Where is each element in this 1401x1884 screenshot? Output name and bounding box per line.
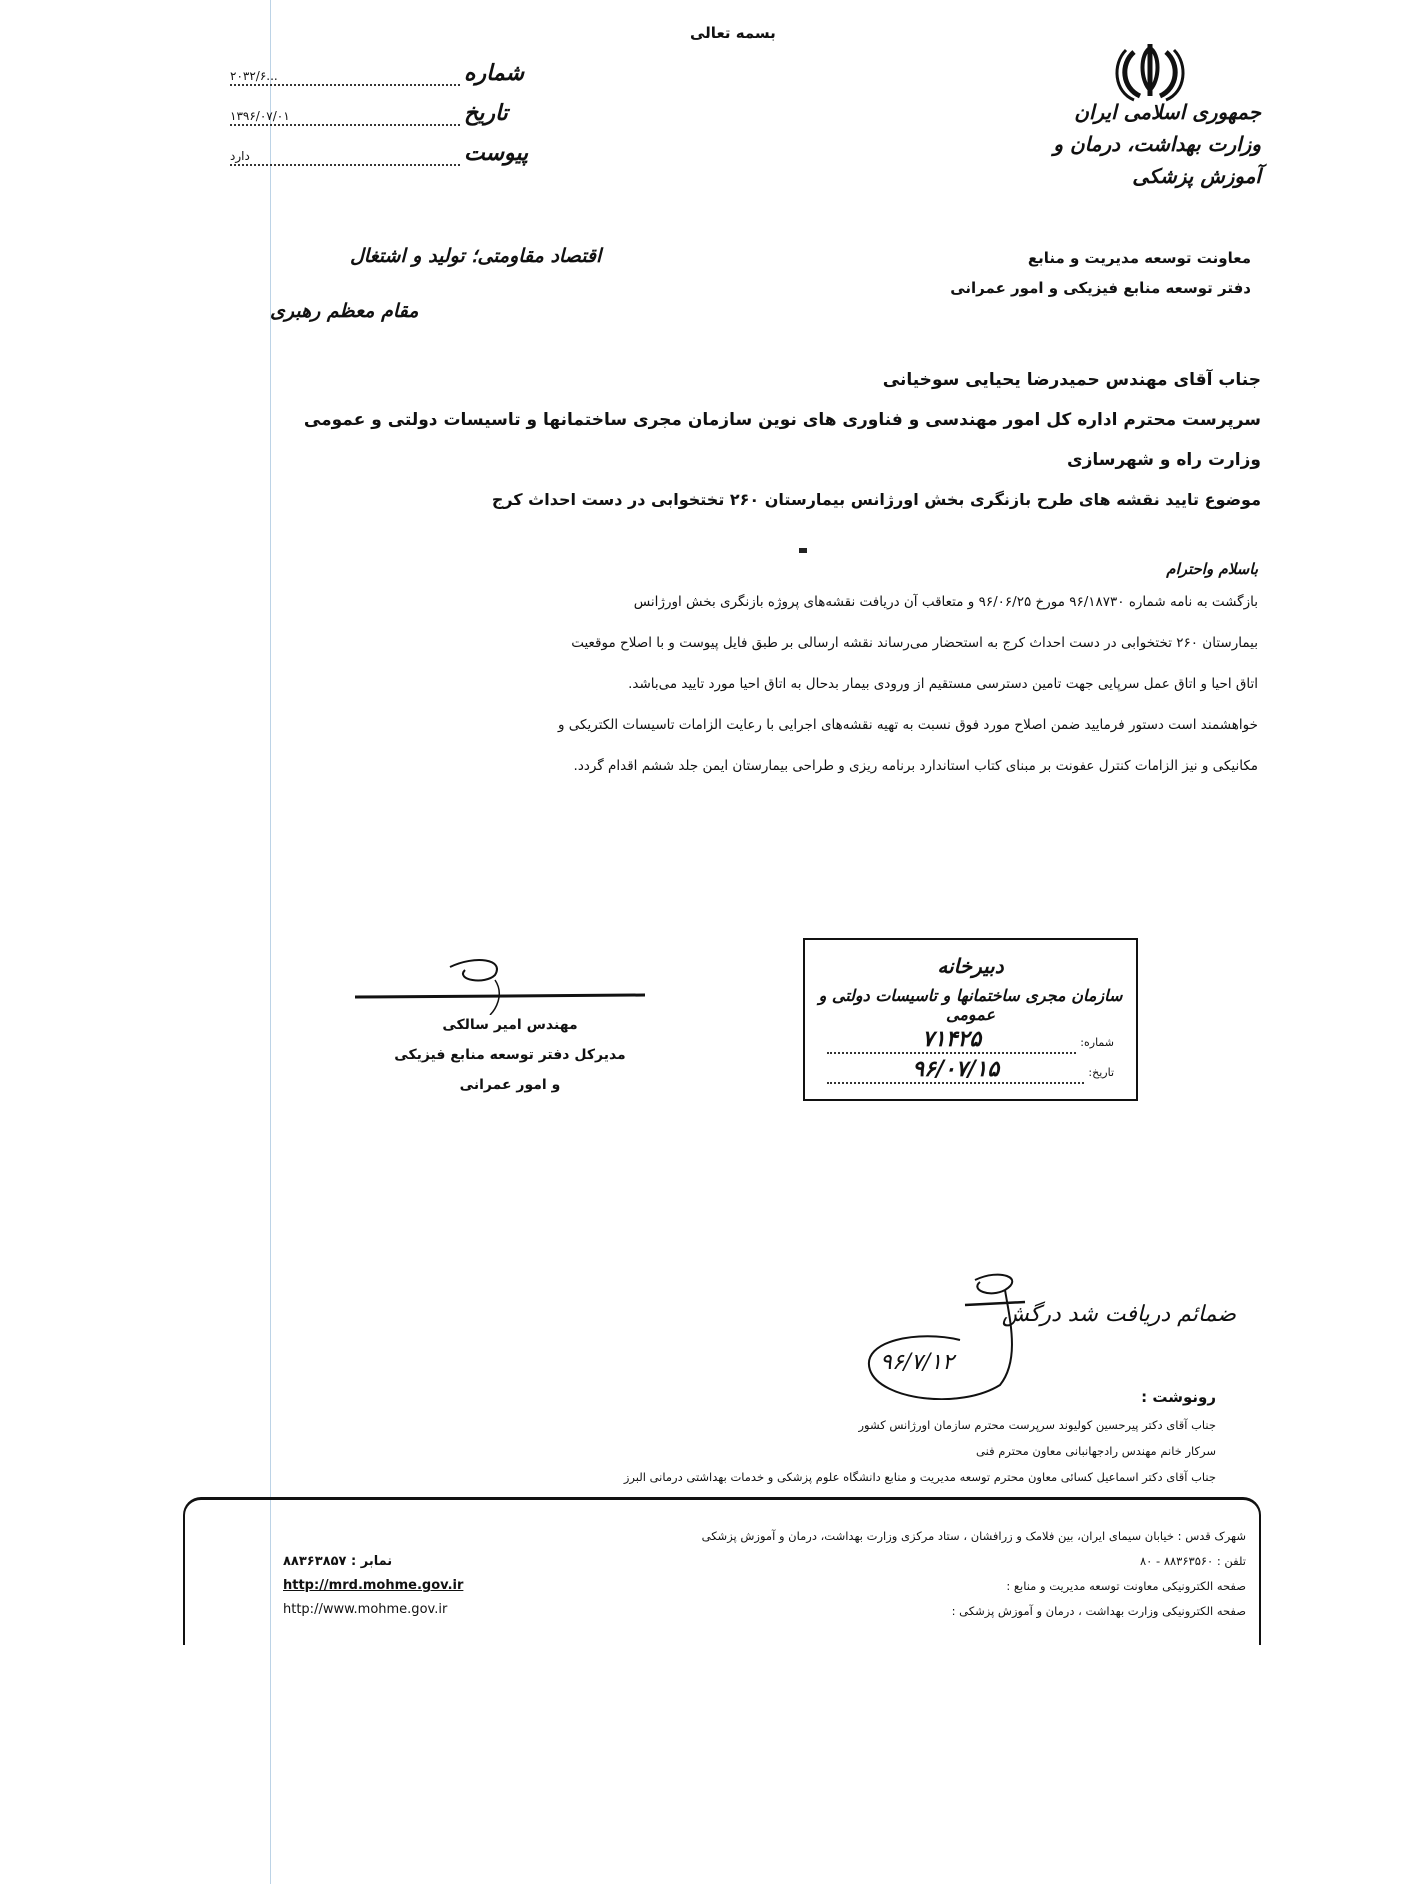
signer-title: مدیرکل دفتر توسعه منابع فیزیکی bbox=[360, 1040, 660, 1070]
cc-item: جناب آقای دکتر اسماعیل کسائی معاون محترم… bbox=[256, 1464, 1216, 1490]
stamp-title: دبیرخانه bbox=[805, 954, 1136, 978]
link-mohme[interactable]: http://www.mohme.gov.ir bbox=[283, 1602, 447, 1617]
scan-mark bbox=[799, 548, 807, 553]
body-line: اتاق احیا و اتاق عمل سرپایی جهت تامین دس… bbox=[258, 664, 1258, 705]
logo-line-republic: جمهوری اسلامی ایران bbox=[1021, 96, 1261, 128]
bismillah-heading: بسمه تعالی bbox=[690, 24, 776, 42]
department-office: دفتر توسعه منابع فیزیکی و امور عمرانی bbox=[950, 273, 1251, 303]
cc-item: سرکار خانم مهندس رادجهانبانی معاون محترم… bbox=[256, 1438, 1216, 1464]
stamp-organization: سازمان مجری ساختمانها و تاسیسات دولتی و … bbox=[805, 986, 1136, 1024]
meta-attachment-row: پیوست دارد bbox=[230, 140, 560, 180]
meta-number-value: ۲۰۳۲/۶... bbox=[230, 69, 460, 86]
addressee-title: سرپرست محترم اداره کل امور مهندسی و فناو… bbox=[281, 400, 1261, 440]
iran-emblem-icon bbox=[1110, 40, 1190, 102]
handwritten-slogan: اقتصاد مقاومتی؛ تولید و اشتغال bbox=[350, 245, 601, 267]
logo-line-ministry: وزارت بهداشت، درمان و آموزش پزشکی bbox=[1021, 128, 1261, 192]
cc-item: جناب آقای دکتر پیرحسین کولیوند سرپرست مح… bbox=[256, 1412, 1216, 1438]
body-line: بازگشت به نامه شماره ۹۶/۱۸۷۳۰ مورخ ۹۶/۰۶… bbox=[258, 582, 1258, 623]
cc-list: جناب آقای دکتر پیرحسین کولیوند سرپرست مح… bbox=[256, 1412, 1216, 1490]
letter-meta: شماره ۲۰۳۲/۶... تاریخ ۱۳۹۶/۰۷/۰۱ پیوست د… bbox=[230, 60, 560, 180]
received-note: ضمائم دریافت شد درگش bbox=[1002, 1302, 1236, 1327]
phone-value: ۸۸۳۶۳۵۶۰ - ۸۰ bbox=[1140, 1554, 1213, 1568]
meta-date-row: تاریخ ۱۳۹۶/۰۷/۰۱ bbox=[230, 100, 560, 140]
meta-date-label: تاریخ bbox=[464, 100, 508, 126]
meta-number-label: شماره bbox=[464, 60, 524, 86]
footer-phone: تلفن : ۸۸۳۶۳۵۶۰ - ۸۰ bbox=[486, 1549, 1246, 1574]
letter-subject: موضوع تایید نقشه های طرح بازنگری بخش اور… bbox=[281, 480, 1261, 520]
stamp-date-label: تاریخ: bbox=[1088, 1066, 1114, 1079]
fax-label: نمابر : bbox=[351, 1554, 392, 1569]
meta-attachment-label: پیوست bbox=[464, 140, 528, 166]
stamp-number-row: شماره: ۷۱۴۲۵ bbox=[805, 1026, 1136, 1054]
footer-fax: نمابر : ۸۸۳۶۳۸۵۷ bbox=[283, 1550, 463, 1574]
fax-value: ۸۸۳۶۳۸۵۷ bbox=[283, 1554, 346, 1569]
cc-title: رونوشت : bbox=[1141, 1388, 1216, 1406]
link-mrd[interactable]: http://mrd.mohme.gov.ir bbox=[283, 1578, 463, 1593]
phone-label: تلفن : bbox=[1217, 1554, 1246, 1568]
stamp-number-value: ۷۱۴۲۵ bbox=[827, 1026, 1076, 1054]
addressee-ministry: وزارت راه و شهرسازی bbox=[281, 440, 1261, 480]
signer-name: مهندس امیر سالکی bbox=[360, 1010, 660, 1040]
signature-scribble-icon bbox=[355, 955, 655, 1015]
signature-block: مهندس امیر سالکی مدیرکل دفتر توسعه منابع… bbox=[360, 1010, 660, 1100]
stamp-date-row: تاریخ: ۹۶/۰۷/۱۵ bbox=[805, 1056, 1136, 1084]
body-line: خواهشمند است دستور فرمایید ضمن اصلاح مور… bbox=[258, 705, 1258, 746]
greeting: باسلام واحترام bbox=[1166, 560, 1258, 578]
body-line: مکانیکی و نیز الزامات کنترل عفونت بر مبن… bbox=[258, 746, 1258, 787]
stamp-date-value: ۹۶/۰۷/۱۵ bbox=[827, 1056, 1084, 1084]
meta-number-row: شماره ۲۰۳۲/۶... bbox=[230, 60, 560, 100]
secretariat-stamp: دبیرخانه سازمان مجری ساختمانها و تاسیسات… bbox=[803, 938, 1138, 1101]
meta-date-value: ۱۳۹۶/۰۷/۰۱ bbox=[230, 109, 460, 126]
received-note-initials: درگش bbox=[1002, 1302, 1061, 1327]
body-line: بیمارستان ۲۶۰ تختخوابی در دست احداث کرج … bbox=[258, 623, 1258, 664]
ministry-logo: جمهوری اسلامی ایران وزارت بهداشت، درمان … bbox=[1021, 96, 1261, 192]
footer-web2-label: صفحه الکترونیکی وزارت بهداشت ، درمان و آ… bbox=[486, 1599, 1246, 1624]
footer-contact: شهرک قدس : خیابان سیمای ایران، بین فلامک… bbox=[486, 1524, 1246, 1624]
department-block: معاونت توسعه مدیریت و منابع دفتر توسعه م… bbox=[950, 243, 1251, 303]
footer-address: شهرک قدس : خیابان سیمای ایران، بین فلامک… bbox=[486, 1524, 1246, 1549]
received-signature-icon bbox=[860, 1260, 1220, 1400]
footer-web1-label: صفحه الکترونیکی معاونت توسعه مدیریت و من… bbox=[486, 1574, 1246, 1599]
handwritten-slogan-source: مقام معظم رهبری bbox=[270, 300, 418, 322]
stamp-number-label: شماره: bbox=[1080, 1036, 1114, 1049]
signer-title-2: و امور عمرانی bbox=[360, 1070, 660, 1100]
footer-links: نمابر : ۸۸۳۶۳۸۵۷ http://mrd.mohme.gov.ir… bbox=[283, 1550, 463, 1622]
addressee-block: جناب آقای مهندس حمیدرضا یحیایی سوخیانی س… bbox=[281, 360, 1261, 520]
meta-attachment-value: دارد bbox=[230, 149, 460, 166]
received-note-date: ۹۶/۷/۱۲ bbox=[880, 1350, 954, 1375]
addressee-name: جناب آقای مهندس حمیدرضا یحیایی سوخیانی bbox=[281, 360, 1261, 400]
letter-body: بازگشت به نامه شماره ۹۶/۱۸۷۳۰ مورخ ۹۶/۰۶… bbox=[258, 582, 1258, 787]
department-deputy: معاونت توسعه مدیریت و منابع bbox=[950, 243, 1251, 273]
received-note-text: ضمائم دریافت شد bbox=[1068, 1302, 1236, 1327]
